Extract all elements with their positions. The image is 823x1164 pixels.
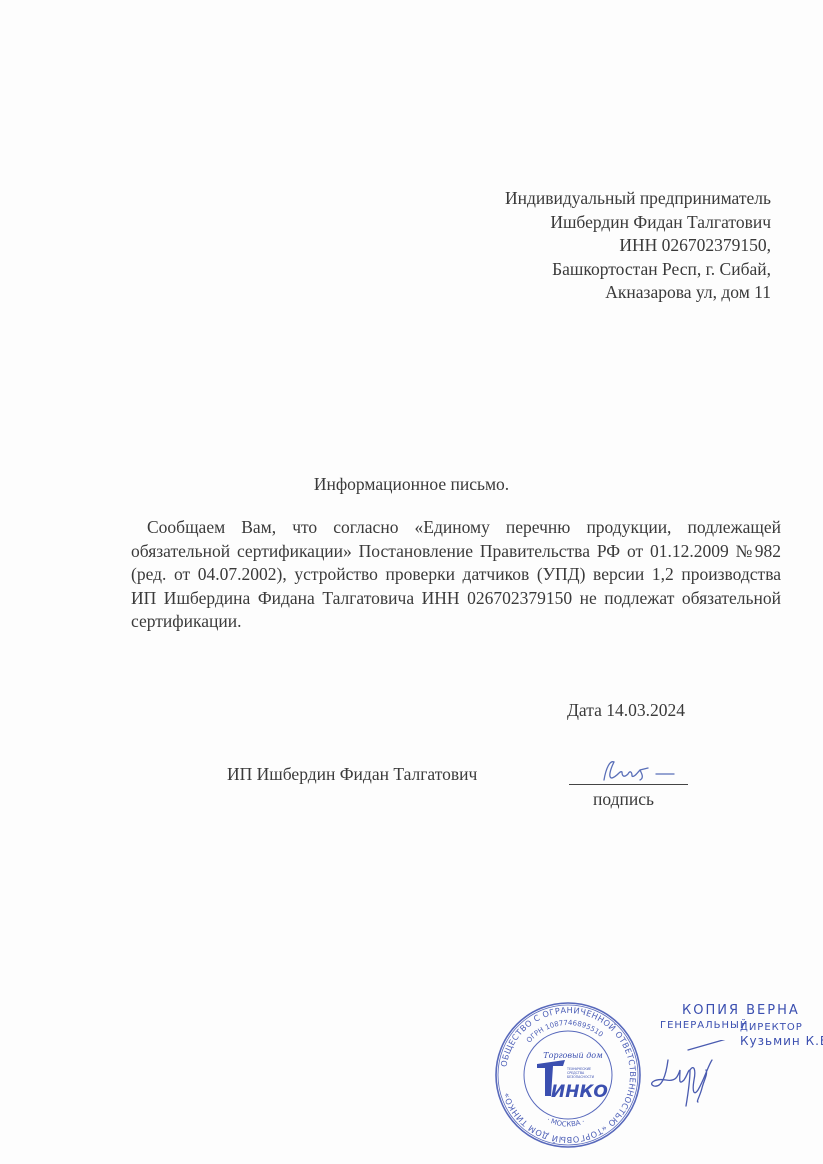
recipient-line: Башкортостан Респ, г. Сибай, bbox=[505, 258, 771, 282]
recipient-line: Акназарова ул, дом 11 bbox=[505, 281, 771, 305]
certified-position: ГЕНЕРАЛЬНЫЙ bbox=[660, 1020, 748, 1031]
letter-body: Сообщаем Вам, что согласно «Единому пере… bbox=[131, 516, 781, 634]
signature-icon bbox=[596, 756, 686, 786]
letter-date: Дата 14.03.2024 bbox=[567, 700, 685, 721]
signer-name: ИП Ишбердин Фидан Талгатович bbox=[227, 764, 477, 785]
svg-text:ИНКО: ИНКО bbox=[551, 1082, 608, 1102]
company-stamp-icon: ОБЩЕСТВО С ОГРАНИЧЕННОЙ ОТВЕТСТВЕННОСТЬЮ… bbox=[493, 1000, 643, 1150]
director-signature-icon bbox=[648, 1040, 768, 1130]
recipient-line: ИНН 026702379150, bbox=[505, 234, 771, 258]
document-page: Индивидуальный предприниматель Ишбердин … bbox=[0, 0, 823, 1164]
svg-text:БЕЗОПАСНОСТИ: БЕЗОПАСНОСТИ bbox=[567, 1075, 595, 1079]
recipient-block: Индивидуальный предприниматель Ишбердин … bbox=[505, 187, 771, 305]
signature-caption: подпись bbox=[593, 789, 654, 810]
svg-text:Торговый дом: Торговый дом bbox=[543, 1051, 603, 1060]
recipient-line: Индивидуальный предприниматель bbox=[505, 187, 771, 211]
recipient-line: Ишбердин Фидан Талгатович bbox=[505, 211, 771, 235]
letter-title: Информационное письмо. bbox=[0, 474, 823, 495]
certified-position-2: ДИРЕКТОР bbox=[740, 1022, 803, 1033]
certified-copy-title: КОПИЯ ВЕРНА bbox=[682, 1003, 800, 1018]
signature-line bbox=[569, 784, 688, 785]
